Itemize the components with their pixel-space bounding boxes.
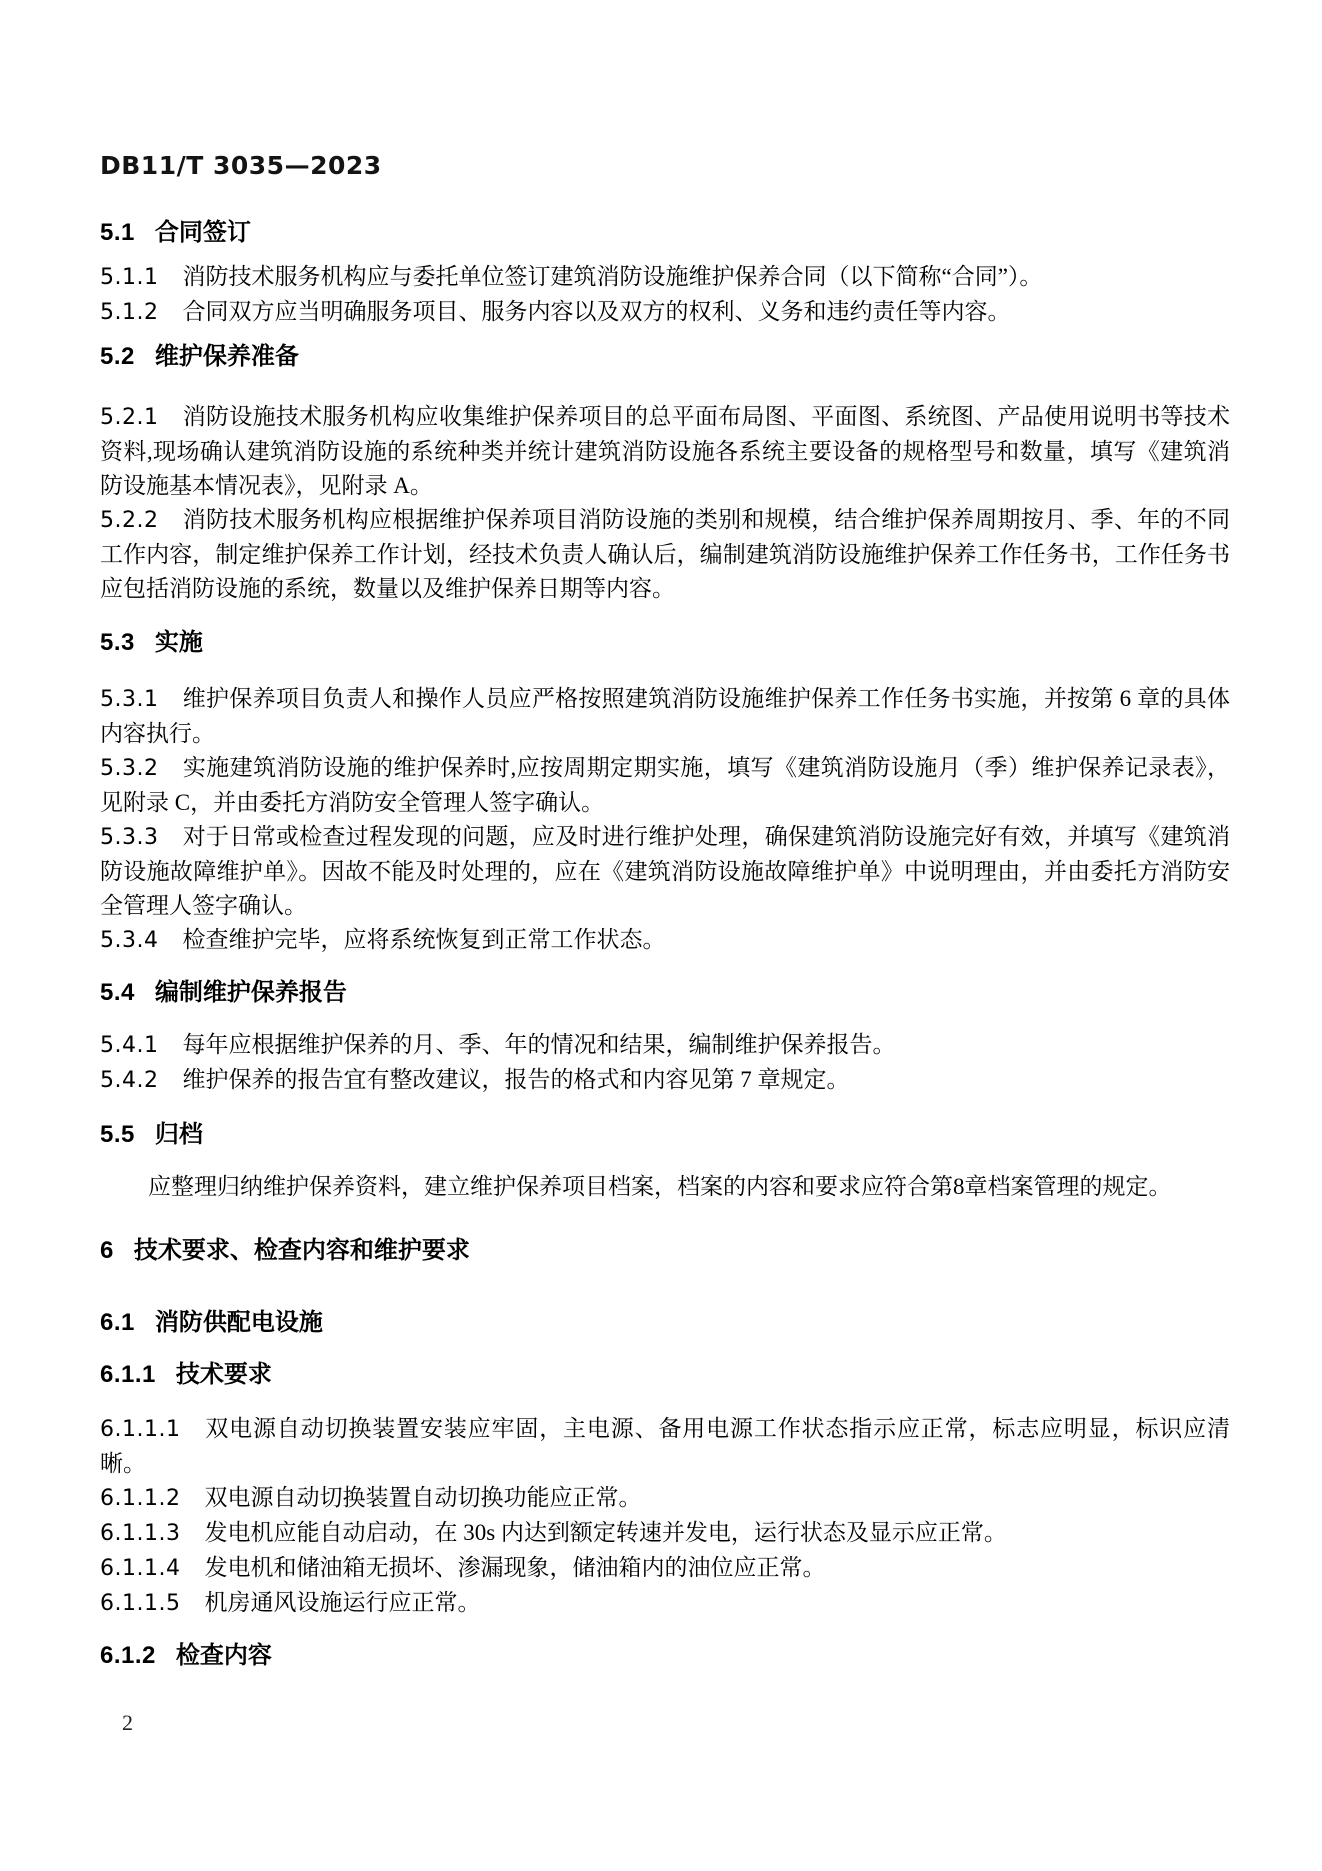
clause-text: 双电源自动切换装置安装应牢固，主电源、备用电源工作状态指示应正常，标志应明显，标…: [100, 1416, 1230, 1476]
clause-5-3-1: 5.3.1维护保养项目负责人和操作人员应严格按照建筑消防设施维护保养工作任务书实…: [100, 682, 1230, 751]
clause-number: 6.1.1.2: [100, 1486, 180, 1511]
clause-text: 每年应根据维护保养的月、季、年的情况和结果，编制维护保养报告。: [182, 1032, 895, 1057]
section-title: 检查内容: [176, 1642, 272, 1669]
clause-6-1-1-2: 6.1.1.2双电源自动切换装置自动切换功能应正常。: [100, 1481, 1230, 1516]
section-heading-6-1: 6.1消防供配电设施: [100, 1308, 1230, 1338]
standard-number: DB11/T 3035—2023: [100, 150, 1230, 182]
section-title: 技术要求: [176, 1361, 272, 1388]
section-heading-6-1-2: 6.1.2检查内容: [100, 1641, 1230, 1671]
section-number: 5.4: [100, 979, 135, 1006]
section-title: 合同签订: [155, 219, 251, 246]
clause-5-1-2: 5.1.2合同双方应当明确服务项目、服务内容以及双方的权利、义务和违约责任等内容…: [100, 295, 1230, 330]
section-number: 5.3: [100, 629, 135, 656]
page-number: 2: [122, 1710, 133, 1736]
section-title: 维护保养准备: [155, 343, 299, 370]
clause-text: 维护保养的报告宜有整改建议，报告的格式和内容见第 7 章规定。: [182, 1067, 849, 1092]
section-heading-5-3: 5.3实施: [100, 628, 1230, 658]
section-heading-5-5: 5.5归档: [100, 1120, 1230, 1150]
clause-number: 5.3.3: [100, 825, 158, 850]
clause-number: 5.1.2: [100, 300, 158, 325]
section-number: 5.2: [100, 343, 135, 370]
clause-number: 5.2.2: [100, 508, 158, 533]
clause-number: 6.1.1.4: [100, 1556, 180, 1581]
clause-5-5-body: 应整理归纳维护保养资料，建立维护保养项目档案，档案的内容和要求应符合第8章档案管…: [100, 1170, 1230, 1204]
chapter-title: 技术要求、检查内容和维护要求: [134, 1237, 470, 1264]
clause-5-3-3: 5.3.3对于日常或检查过程发现的问题，应及时进行维护处理，确保建筑消防设施完好…: [100, 820, 1230, 923]
section-number: 5.1: [100, 219, 135, 246]
clause-number: 5.4.1: [100, 1033, 158, 1058]
clause-text: 应整理归纳维护保养资料，建立维护保养项目档案，档案的内容和要求应符合第8章档案管…: [148, 1174, 1172, 1199]
clause-text: 双电源自动切换装置自动切换功能应正常。: [204, 1485, 641, 1510]
chapter-heading-6: 6技术要求、检查内容和维护要求: [100, 1236, 1230, 1266]
clause-number: 6.1.1.1: [100, 1417, 180, 1442]
section-title: 归档: [155, 1121, 203, 1148]
clause-text: 检查维护完毕，应将系统恢复到正常工作状态。: [182, 927, 665, 952]
clause-6-1-1-1: 6.1.1.1双电源自动切换装置安装应牢固，主电源、备用电源工作状态指示应正常，…: [100, 1412, 1230, 1481]
clause-text: 合同双方应当明确服务项目、服务内容以及双方的权利、义务和违约责任等内容。: [182, 299, 1010, 324]
document-page: DB11/T 3035—2023 5.1合同签订 5.1.1消防技术服务机构应与…: [0, 0, 1322, 1871]
clause-text: 机房通风设施运行应正常。: [204, 1590, 480, 1615]
section-title: 编制维护保养报告: [155, 979, 347, 1006]
clause-number: 5.3.4: [100, 928, 158, 953]
clause-6-1-1-5: 6.1.1.5机房通风设施运行应正常。: [100, 1586, 1230, 1621]
section-number: 5.5: [100, 1121, 135, 1148]
clause-5-3-4: 5.3.4检查维护完毕，应将系统恢复到正常工作状态。: [100, 923, 1230, 958]
clause-text: 消防技术服务机构应与委托单位签订建筑消防设施维护保养合同（以下简称“合同”）。: [182, 264, 1042, 289]
clause-text: 实施建筑消防设施的维护保养时,应按周期定期实施，填写《建筑消防设施月（季）维护保…: [100, 755, 1230, 815]
clause-number: 6.1.1.5: [100, 1591, 180, 1616]
chapter-number: 6: [100, 1237, 114, 1264]
section-title: 实施: [155, 629, 203, 656]
clause-5-4-2: 5.4.2维护保养的报告宜有整改建议，报告的格式和内容见第 7 章规定。: [100, 1063, 1230, 1098]
clause-number: 5.4.2: [100, 1068, 158, 1093]
section-number: 6.1.1: [100, 1361, 156, 1388]
clause-text: 发电机应能自动启动，在 30s 内达到额定转速并发电，运行状态及显示应正常。: [204, 1520, 1006, 1545]
clause-number: 5.1.1: [100, 265, 158, 290]
section-heading-6-1-1: 6.1.1技术要求: [100, 1360, 1230, 1390]
clause-number: 5.3.1: [100, 687, 158, 712]
clause-number: 6.1.1.3: [100, 1521, 180, 1546]
clause-6-1-1-3: 6.1.1.3发电机应能自动启动，在 30s 内达到额定转速并发电，运行状态及显…: [100, 1516, 1230, 1551]
clause-6-1-1-4: 6.1.1.4发电机和储油箱无损坏、渗漏现象，储油箱内的油位应正常。: [100, 1551, 1230, 1586]
clause-5-2-2: 5.2.2消防技术服务机构应根据维护保养项目消防设施的类别和规模，结合维护保养周…: [100, 503, 1230, 606]
section-heading-5-1: 5.1合同签订: [100, 218, 1230, 248]
section-number: 6.1.2: [100, 1642, 156, 1669]
clause-number: 5.2.1: [100, 405, 158, 430]
clause-5-1-1: 5.1.1消防技术服务机构应与委托单位签订建筑消防设施维护保养合同（以下简称“合…: [100, 260, 1230, 295]
clause-text: 对于日常或检查过程发现的问题，应及时进行维护处理，确保建筑消防设施完好有效，并填…: [100, 824, 1230, 918]
section-number: 6.1: [100, 1309, 135, 1336]
clause-5-4-1: 5.4.1每年应根据维护保养的月、季、年的情况和结果，编制维护保养报告。: [100, 1028, 1230, 1063]
clause-text: 发电机和储油箱无损坏、渗漏现象，储油箱内的油位应正常。: [204, 1555, 825, 1580]
clause-5-2-1: 5.2.1消防设施技术服务机构应收集维护保养项目的总平面布局图、平面图、系统图、…: [100, 400, 1230, 503]
clause-text: 维护保养项目负责人和操作人员应严格按照建筑消防设施维护保养工作任务书实施，并按第…: [100, 686, 1230, 746]
section-title: 消防供配电设施: [155, 1309, 323, 1336]
section-heading-5-4: 5.4编制维护保养报告: [100, 978, 1230, 1008]
clause-text: 消防技术服务机构应根据维护保养项目消防设施的类别和规模，结合维护保养周期按月、季…: [100, 507, 1230, 601]
section-heading-5-2: 5.2维护保养准备: [100, 342, 1230, 372]
clause-number: 5.3.2: [100, 756, 158, 781]
clause-5-3-2: 5.3.2实施建筑消防设施的维护保养时,应按周期定期实施，填写《建筑消防设施月（…: [100, 751, 1230, 820]
clause-text: 消防设施技术服务机构应收集维护保养项目的总平面布局图、平面图、系统图、产品使用说…: [100, 404, 1230, 498]
